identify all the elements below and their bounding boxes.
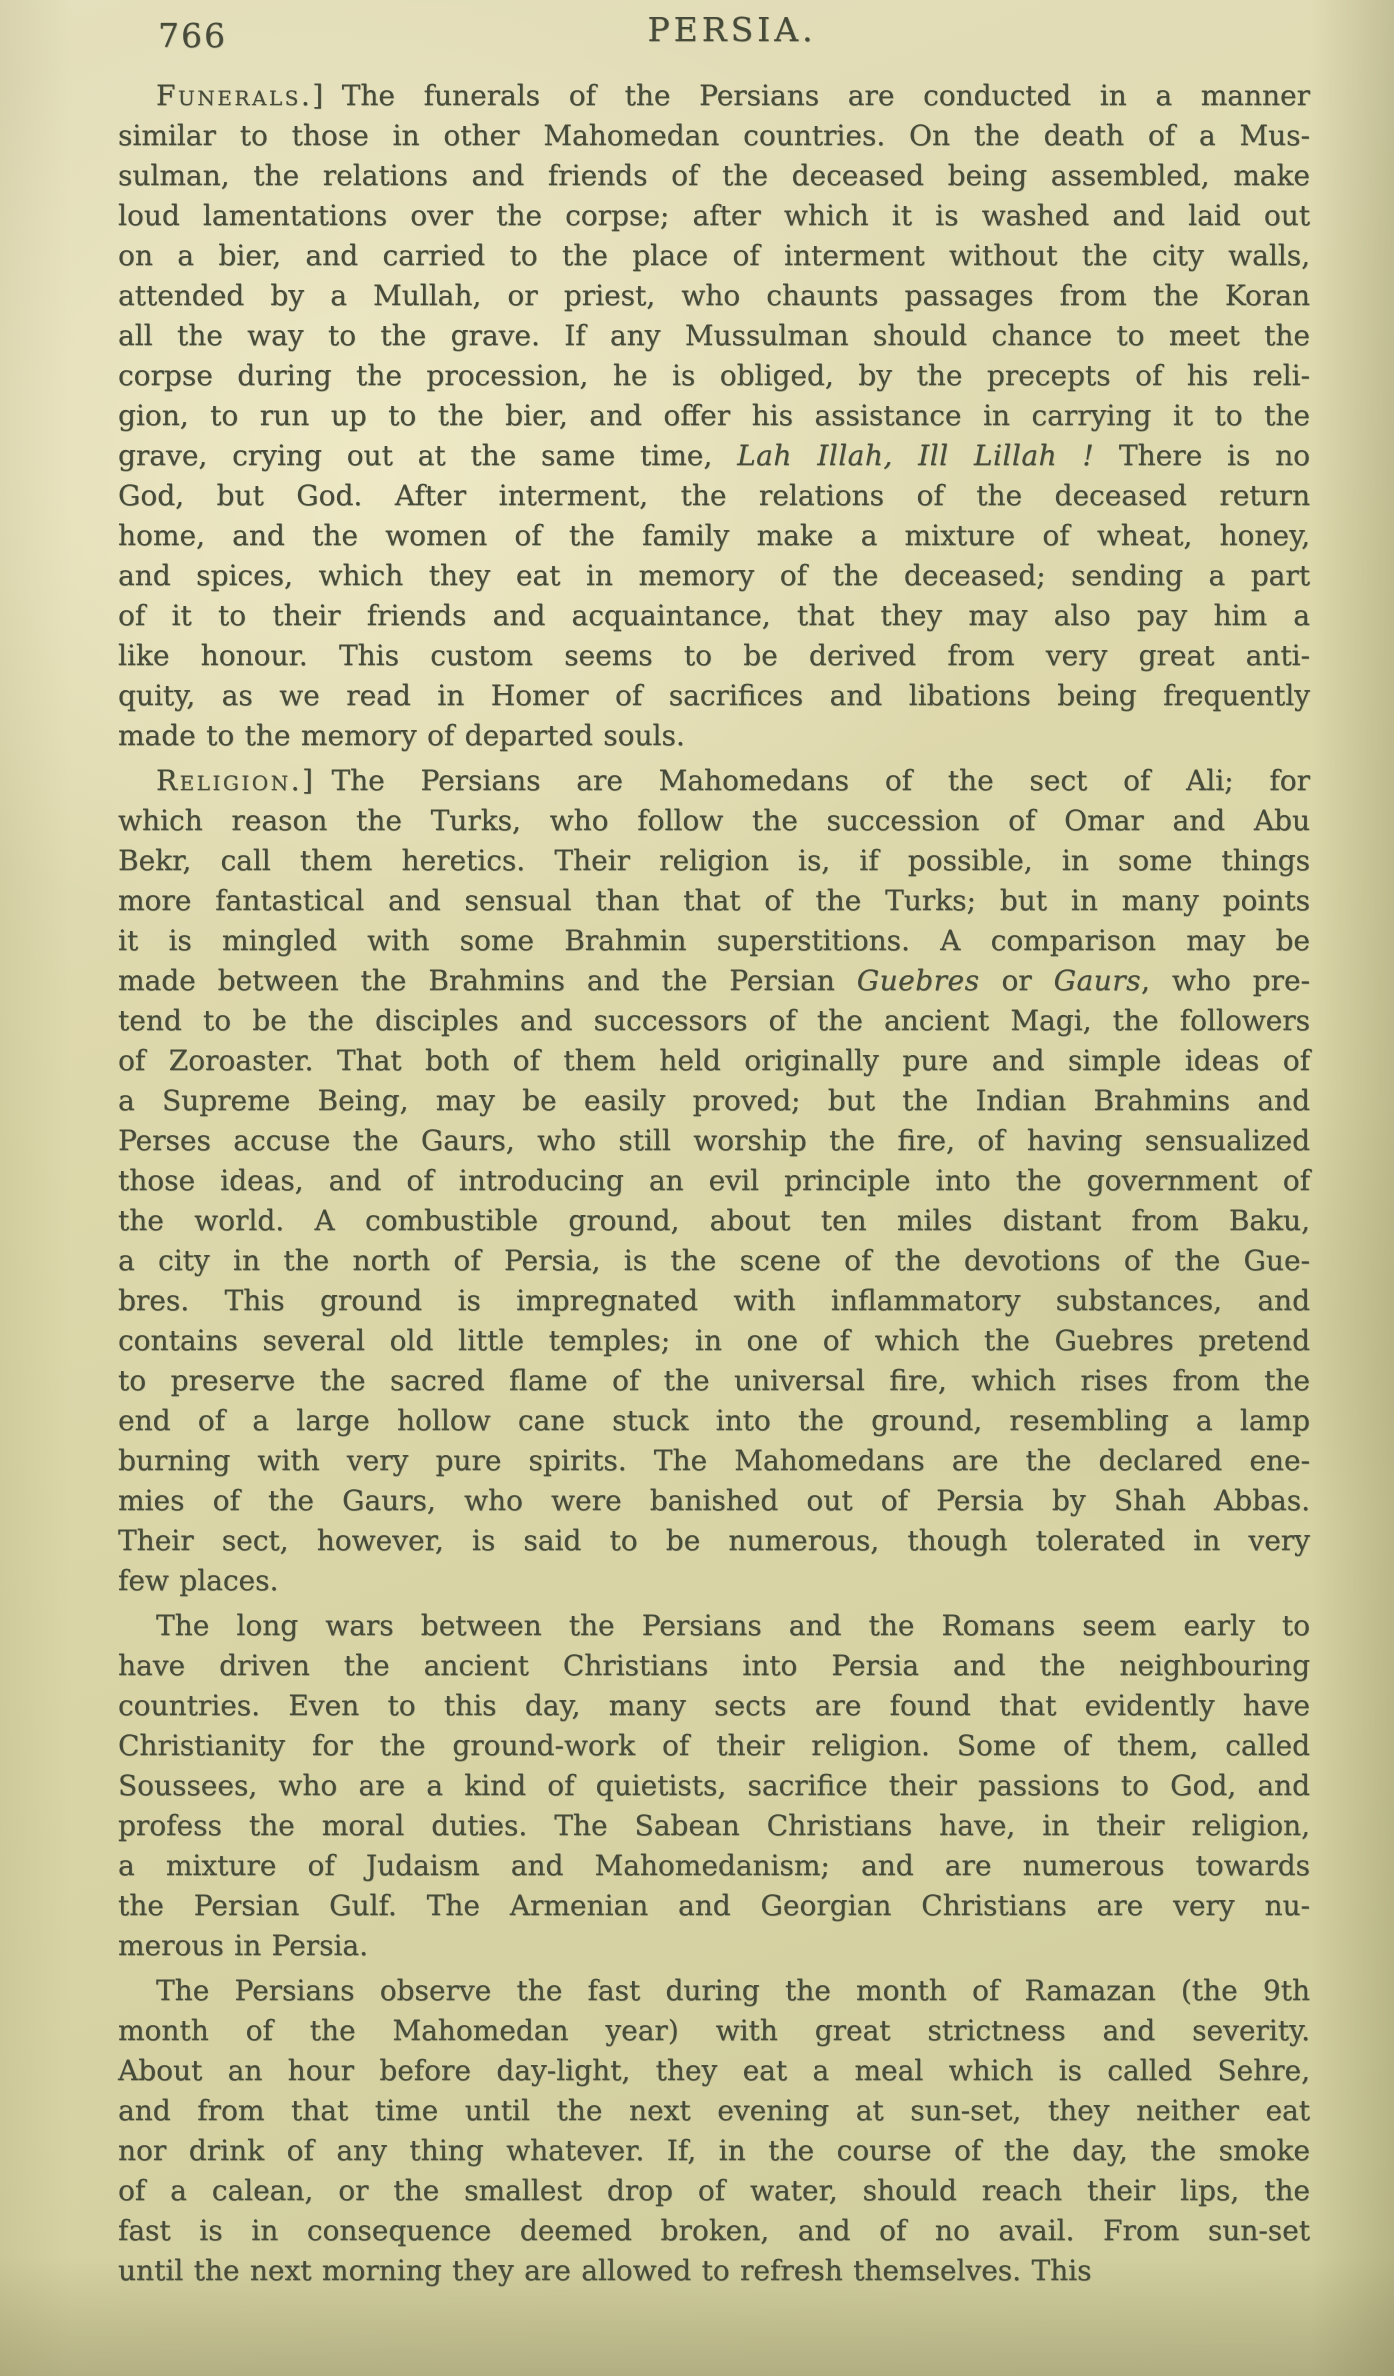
text-line: nor drink of any thing whatever. If, in … [118, 2131, 1310, 2171]
text-line: like honour. This custom seems to be der… [118, 636, 1310, 676]
text-segment: all the way to the grave. If any Mussulm… [118, 319, 1310, 352]
text-line: all the way to the grave. If any Mussulm… [118, 316, 1310, 356]
text-segment: and from that time until the next evenin… [118, 2094, 1310, 2127]
text-segment: gion, to run up to the bier, and offer h… [118, 399, 1310, 432]
text-segment: The funerals of the Persians are conduct… [342, 79, 1310, 112]
text-line: Soussees, who are a kind of quietists, s… [118, 1766, 1310, 1806]
text-line: few places. [118, 1561, 1310, 1601]
text-line: a city in the north of Persia, is the sc… [118, 1241, 1310, 1281]
paragraph-head: Funerals.] [156, 79, 326, 112]
text-segment: to preserve the sacred flame of the univ… [118, 1364, 1310, 1397]
text-line: merous in Persia. [118, 1926, 1310, 1966]
text-segment: tend to be the disciples and successors … [118, 1004, 1310, 1037]
text-segment: which reason the Turks, who follow the s… [118, 804, 1310, 837]
text-line: bres. This ground is impregnated with in… [118, 1281, 1310, 1321]
text-segment: burning with very pure spirits. The Maho… [118, 1444, 1310, 1477]
text-segment: merous in Persia. [118, 1929, 368, 1962]
italic-text: Guebres [857, 964, 980, 997]
italic-text: Gaurs [1054, 964, 1141, 997]
text-line: of Zoroaster. That both of them held ori… [118, 1041, 1310, 1081]
text-line: sulman, the relations and friends of the… [118, 156, 1310, 196]
page-body: Funerals.]The funerals of the Persians a… [118, 76, 1310, 2296]
text-line: those ideas, and of introducing an evil … [118, 1161, 1310, 1201]
book-page: 766 PERSIA. Funerals.]The funerals of th… [0, 0, 1394, 2376]
text-line: have driven the ancient Christians into … [118, 1646, 1310, 1686]
text-line: Funerals.]The funerals of the Persians a… [118, 76, 1310, 116]
text-segment: or [980, 964, 1054, 997]
italic-text: Lah Illah, Ill Lillah ! [737, 439, 1094, 472]
text-segment: The Persians are Mahomedans of the sect … [331, 764, 1310, 797]
text-line: tend to be the disciples and successors … [118, 1001, 1310, 1041]
text-segment: The Persians observe the fast during the… [156, 1974, 1310, 2007]
text-segment: Soussees, who are a kind of quietists, s… [118, 1769, 1310, 1802]
text-line: it is mingled with some Brahmin supersti… [118, 921, 1310, 961]
text-segment: more fantastical and sensual than that o… [118, 884, 1310, 917]
text-segment: bres. This ground is impregnated with in… [118, 1284, 1310, 1317]
text-segment: loud lamentations over the corpse; after… [118, 199, 1310, 232]
text-line: The long wars between the Persians and t… [118, 1606, 1310, 1646]
text-line: month of the Mahomedan year) with great … [118, 2011, 1310, 2051]
text-line: Their sect, however, is said to be numer… [118, 1521, 1310, 1561]
text-line: attended by a Mullah, or priest, who cha… [118, 276, 1310, 316]
paragraph: Religion.]The Persians are Mahomedans of… [118, 761, 1310, 1601]
text-segment: home, and the women of the family make a… [118, 519, 1310, 552]
text-segment: Christianity for the ground-work of thei… [118, 1729, 1310, 1762]
text-line: of a calean, or the smallest drop of wat… [118, 2171, 1310, 2211]
text-segment: nor drink of any thing whatever. If, in … [118, 2134, 1310, 2167]
text-segment: end of a large hollow cane stuck into th… [118, 1404, 1310, 1437]
text-line: end of a large hollow cane stuck into th… [118, 1401, 1310, 1441]
text-line: mies of the Gaurs, who were banished out… [118, 1481, 1310, 1521]
text-segment: it is mingled with some Brahmin supersti… [118, 924, 1310, 957]
text-segment: month of the Mahomedan year) with great … [118, 2014, 1310, 2047]
text-line: corpse during the procession, he is obli… [118, 356, 1310, 396]
text-line: Perses accuse the Gaurs, who still worsh… [118, 1121, 1310, 1161]
text-segment: like honour. This custom seems to be der… [118, 639, 1310, 672]
text-line: until the next morning they are allowed … [118, 2251, 1310, 2291]
text-line: Bekr, call them heretics. Their religion… [118, 841, 1310, 881]
text-segment: The long wars between the Persians and t… [156, 1609, 1310, 1642]
text-line: God, but God. After interment, the relat… [118, 476, 1310, 516]
text-segment: of it to their friends and acquaintance,… [118, 599, 1310, 632]
text-line: the Persian Gulf. The Armenian and Georg… [118, 1886, 1310, 1926]
text-segment: About an hour before day-light, they eat… [118, 2054, 1310, 2087]
text-segment: God, but God. After interment, the relat… [118, 479, 1310, 512]
text-segment: made to the memory of departed souls. [118, 719, 685, 752]
text-segment: profess the moral duties. The Sabean Chr… [118, 1809, 1310, 1842]
paragraph: The long wars between the Persians and t… [118, 1606, 1310, 1966]
running-title: PERSIA. [0, 10, 1394, 49]
text-segment: attended by a Mullah, or priest, who cha… [118, 279, 1310, 312]
text-segment: similar to those in other Mahomedan coun… [118, 119, 1310, 152]
text-segment: sulman, the relations and friends of the… [118, 159, 1310, 192]
text-line: The Persians observe the fast during the… [118, 1971, 1310, 2011]
text-line: the world. A combustible ground, about t… [118, 1201, 1310, 1241]
text-line: burning with very pure spirits. The Maho… [118, 1441, 1310, 1481]
text-line: grave, crying out at the same time, Lah … [118, 436, 1310, 476]
text-segment: , who pre- [1141, 964, 1310, 997]
text-line: gion, to run up to the bier, and offer h… [118, 396, 1310, 436]
text-line: made to the memory of departed souls. [118, 716, 1310, 756]
text-segment: until the next morning they are allowed … [118, 2254, 1092, 2287]
text-segment: quity, as we read in Homer of sacrifices… [118, 679, 1310, 712]
text-line: more fantastical and sensual than that o… [118, 881, 1310, 921]
text-segment: grave, crying out at the same time, [118, 439, 737, 472]
text-segment: few places. [118, 1564, 278, 1597]
text-line: Christianity for the ground-work of thei… [118, 1726, 1310, 1766]
text-line: a mixture of Judaism and Mahomedanism; a… [118, 1846, 1310, 1886]
text-segment: Bekr, call them heretics. Their religion… [118, 844, 1310, 877]
text-segment: mies of the Gaurs, who were banished out… [118, 1484, 1310, 1517]
text-segment: There is no [1094, 439, 1310, 472]
text-line: a Supreme Being, may be easily proved; b… [118, 1081, 1310, 1121]
paragraph: The Persians observe the fast during the… [118, 1971, 1310, 2291]
text-segment: a city in the north of Persia, is the sc… [118, 1244, 1310, 1277]
text-segment: have driven the ancient Christians into … [118, 1649, 1310, 1682]
text-line: to preserve the sacred flame of the univ… [118, 1361, 1310, 1401]
text-segment: of Zoroaster. That both of them held ori… [118, 1044, 1310, 1077]
text-line: quity, as we read in Homer of sacrifices… [118, 676, 1310, 716]
text-line: similar to those in other Mahomedan coun… [118, 116, 1310, 156]
text-line: fast is in consequence deemed broken, an… [118, 2211, 1310, 2251]
paragraph-head: Religion.] [156, 764, 315, 797]
text-segment: corpse during the procession, he is obli… [118, 359, 1310, 392]
text-line: of it to their friends and acquaintance,… [118, 596, 1310, 636]
text-line: home, and the women of the family make a… [118, 516, 1310, 556]
text-segment: on a bier, and carried to the place of i… [118, 239, 1310, 272]
text-line: About an hour before day-light, they eat… [118, 2051, 1310, 2091]
paragraph: Funerals.]The funerals of the Persians a… [118, 76, 1310, 756]
text-segment: countries. Even to this day, many sects … [118, 1689, 1310, 1722]
text-segment: the Persian Gulf. The Armenian and Georg… [118, 1889, 1310, 1922]
text-segment: the world. A combustible ground, about t… [118, 1204, 1310, 1237]
text-segment: Their sect, however, is said to be numer… [118, 1524, 1310, 1557]
text-line: on a bier, and carried to the place of i… [118, 236, 1310, 276]
text-segment: a mixture of Judaism and Mahomedanism; a… [118, 1849, 1310, 1882]
text-segment: and spices, which they eat in memory of … [118, 559, 1310, 592]
text-line: which reason the Turks, who follow the s… [118, 801, 1310, 841]
text-line: Religion.]The Persians are Mahomedans of… [118, 761, 1310, 801]
text-segment: Perses accuse the Gaurs, who still worsh… [118, 1124, 1310, 1157]
text-line: and spices, which they eat in memory of … [118, 556, 1310, 596]
text-line: contains several old little temples; in … [118, 1321, 1310, 1361]
text-segment: fast is in consequence deemed broken, an… [118, 2214, 1310, 2247]
page-header: 766 PERSIA. [0, 0, 1394, 70]
text-line: loud lamentations over the corpse; after… [118, 196, 1310, 236]
text-segment: of a calean, or the smallest drop of wat… [118, 2174, 1310, 2207]
text-segment: contains several old little temples; in … [118, 1324, 1310, 1357]
text-line: made between the Brahmins and the Persia… [118, 961, 1310, 1001]
text-segment: those ideas, and of introducing an evil … [118, 1164, 1310, 1197]
text-segment: a Supreme Being, may be easily proved; b… [118, 1084, 1310, 1117]
text-line: countries. Even to this day, many sects … [118, 1686, 1310, 1726]
text-line: and from that time until the next evenin… [118, 2091, 1310, 2131]
text-segment: made between the Brahmins and the Persia… [118, 964, 857, 997]
text-line: profess the moral duties. The Sabean Chr… [118, 1806, 1310, 1846]
